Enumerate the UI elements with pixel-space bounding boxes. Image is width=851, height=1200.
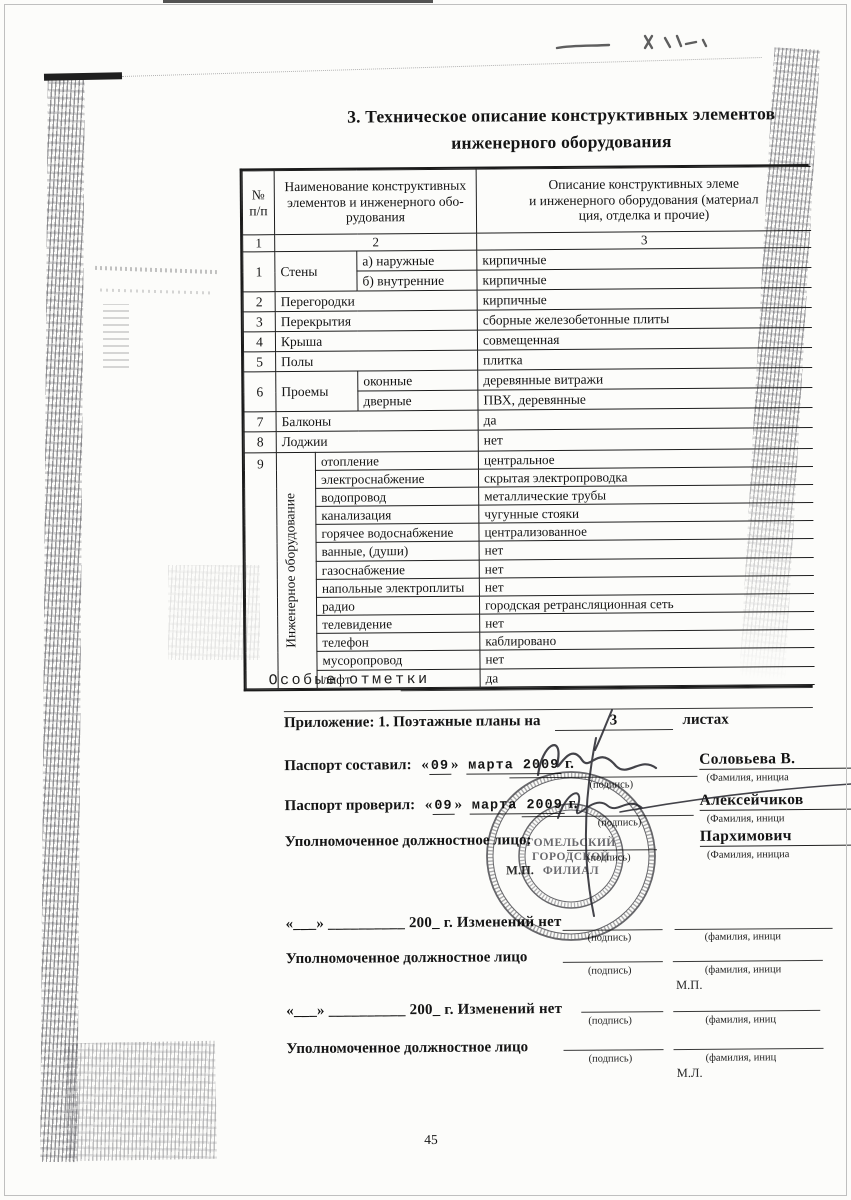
checked-name: Алексейчиков <box>700 791 851 811</box>
name-caption: (фамилия, иници <box>705 931 781 943</box>
signature-caption: (подпись) <box>588 1015 632 1026</box>
name-caption: (фамилия, иници <box>705 964 781 976</box>
scan-top-edge-mark <box>163 0 433 3</box>
vertical-group-label: Инженерное оборудование <box>282 491 299 650</box>
compiled-name: Соловьева В. <box>699 750 851 770</box>
construction-elements-table: № п/п Наименование конструктивных элемен… <box>240 164 813 691</box>
mp-mark: М.П. <box>676 978 703 993</box>
checked-day: 09 <box>432 799 454 815</box>
blank-line <box>673 1010 820 1012</box>
page-title-line2: инженерного оборудования <box>281 127 841 159</box>
blank-line <box>563 961 663 963</box>
vertical-group-label-cell: Инженерное оборудование <box>276 452 317 689</box>
signature-caption: (подпись) <box>588 965 632 976</box>
stamp-text-line3: ФИЛИАЛ <box>543 865 599 877</box>
page-title-line1: 3. Техническое описание конструктивных э… <box>281 100 841 132</box>
signature-caption: (подпись) <box>589 1053 633 1064</box>
header-col-description: Описание конструктивных элеме и инженерн… <box>476 166 811 233</box>
attachment-suffix: листах <box>682 712 728 728</box>
changes-line: «___» __________ 200_ г. Изменений нет <box>286 1001 562 1020</box>
scanned-document-page: 3. Техническое описание конструктивных э… <box>0 0 851 1200</box>
blank-line <box>284 707 813 712</box>
name-caption: (Фамилия, инициа <box>706 772 789 784</box>
stamp-text-line2: ГОРОДСКОЙ <box>532 849 610 863</box>
col-index-2: 2 <box>275 233 477 252</box>
attachment-label: Приложение: 1. Поэтажные планы на <box>284 713 541 731</box>
attachment-sheets-value: 3 <box>554 712 672 731</box>
stamp-text-line1: ГОМЕЛЬСКИЙ <box>526 835 616 849</box>
special-marks-label: Особые отметки <box>269 671 430 689</box>
checked-label: Паспорт проверил: <box>285 797 416 814</box>
attachment-line: Приложение: 1. Поэтажные планы на3листах <box>284 712 729 733</box>
official-name: Пархимович <box>700 827 851 847</box>
blank-line <box>564 1049 664 1051</box>
name-caption: (фамилия, иниц <box>706 1052 777 1064</box>
header-col-num: № п/п <box>242 171 275 235</box>
name-caption: (фамилия, иниц <box>705 1014 776 1026</box>
engineering-equipment-group: 9 Инженерное оборудование отопление цент… <box>244 447 815 689</box>
name-caption: (Фамилия, инициа <box>707 849 790 861</box>
round-stamp: ГОМЕЛЬСКИЙ ГОРОДСКОЙ ФИЛИАЛ <box>485 770 657 942</box>
col-index-1: 1 <box>243 235 275 252</box>
table-header-row: № п/п Наименование конструктивных элемен… <box>242 166 811 234</box>
compiled-label: Паспорт составил: <box>284 757 411 774</box>
blank-line <box>674 1048 824 1050</box>
compiled-day: 09 <box>429 759 451 775</box>
page-title: 3. Техническое описание конструктивных э… <box>281 100 841 159</box>
official-row-label: Уполномоченное должностное лицо <box>286 949 528 968</box>
header-col-name: Наименование конструктивных элементов и … <box>274 169 477 235</box>
blank-line <box>675 928 833 930</box>
blank-line <box>581 1011 663 1013</box>
official-row-label: Уполномоченное должностное лицо <box>286 1039 528 1058</box>
page-number: 45 <box>424 1132 438 1148</box>
mp-mark: М.Л. <box>677 1066 703 1081</box>
name-caption: (Фамилия, иници <box>707 813 785 825</box>
blank-line <box>673 960 823 962</box>
